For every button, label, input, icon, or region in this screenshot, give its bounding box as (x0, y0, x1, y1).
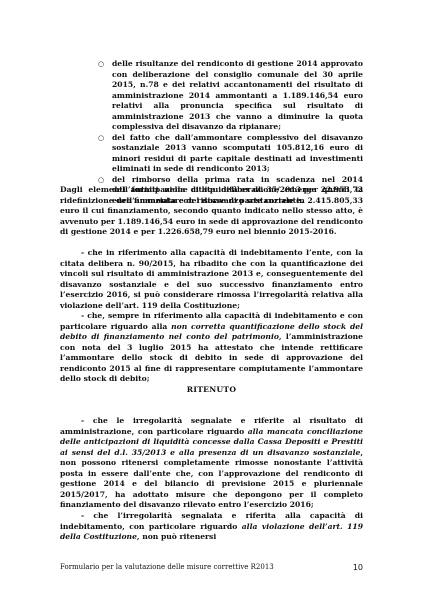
bullet-list: ○ delle risultanze del rendiconto di ges… (60, 59, 363, 206)
page-footer: Formulario per la valutazione delle misu… (60, 563, 363, 572)
document-page: ○ delle risultanze del rendiconto di ges… (0, 0, 423, 598)
paragraph-irregolarita: - che le irregolarità segnalate e riferi… (60, 416, 363, 511)
circle-bullet-icon: ○ (98, 59, 104, 70)
section-heading-ritenuto: RITENUTO (0, 385, 423, 394)
circle-bullet-icon: ○ (98, 175, 104, 186)
paragraph-dagli-elementi: Dagli elementi forniti nella citata deli… (60, 185, 363, 238)
page-number: 10 (353, 563, 363, 572)
paragraph-capacita-indebitamento: - che in riferimento alla capacità di in… (60, 248, 363, 311)
bullet-item: ○ delle risultanze del rendiconto di ges… (60, 59, 363, 133)
paragraph-violazione: - che l’irregolarità segnalata e riferit… (60, 511, 363, 543)
paragraph-stock-debito: - che, sempre in riferimento alla capaci… (60, 311, 363, 385)
bullet-item: ○ del fatto che dall’ammontare complessi… (60, 133, 363, 175)
bullet-text: delle risultanze del rendiconto di gesti… (112, 59, 363, 131)
circle-bullet-icon: ○ (98, 133, 104, 144)
bullet-text: del fatto che dall’ammontare complessivo… (112, 133, 363, 174)
footer-title: Formulario per la valutazione delle misu… (60, 563, 274, 572)
